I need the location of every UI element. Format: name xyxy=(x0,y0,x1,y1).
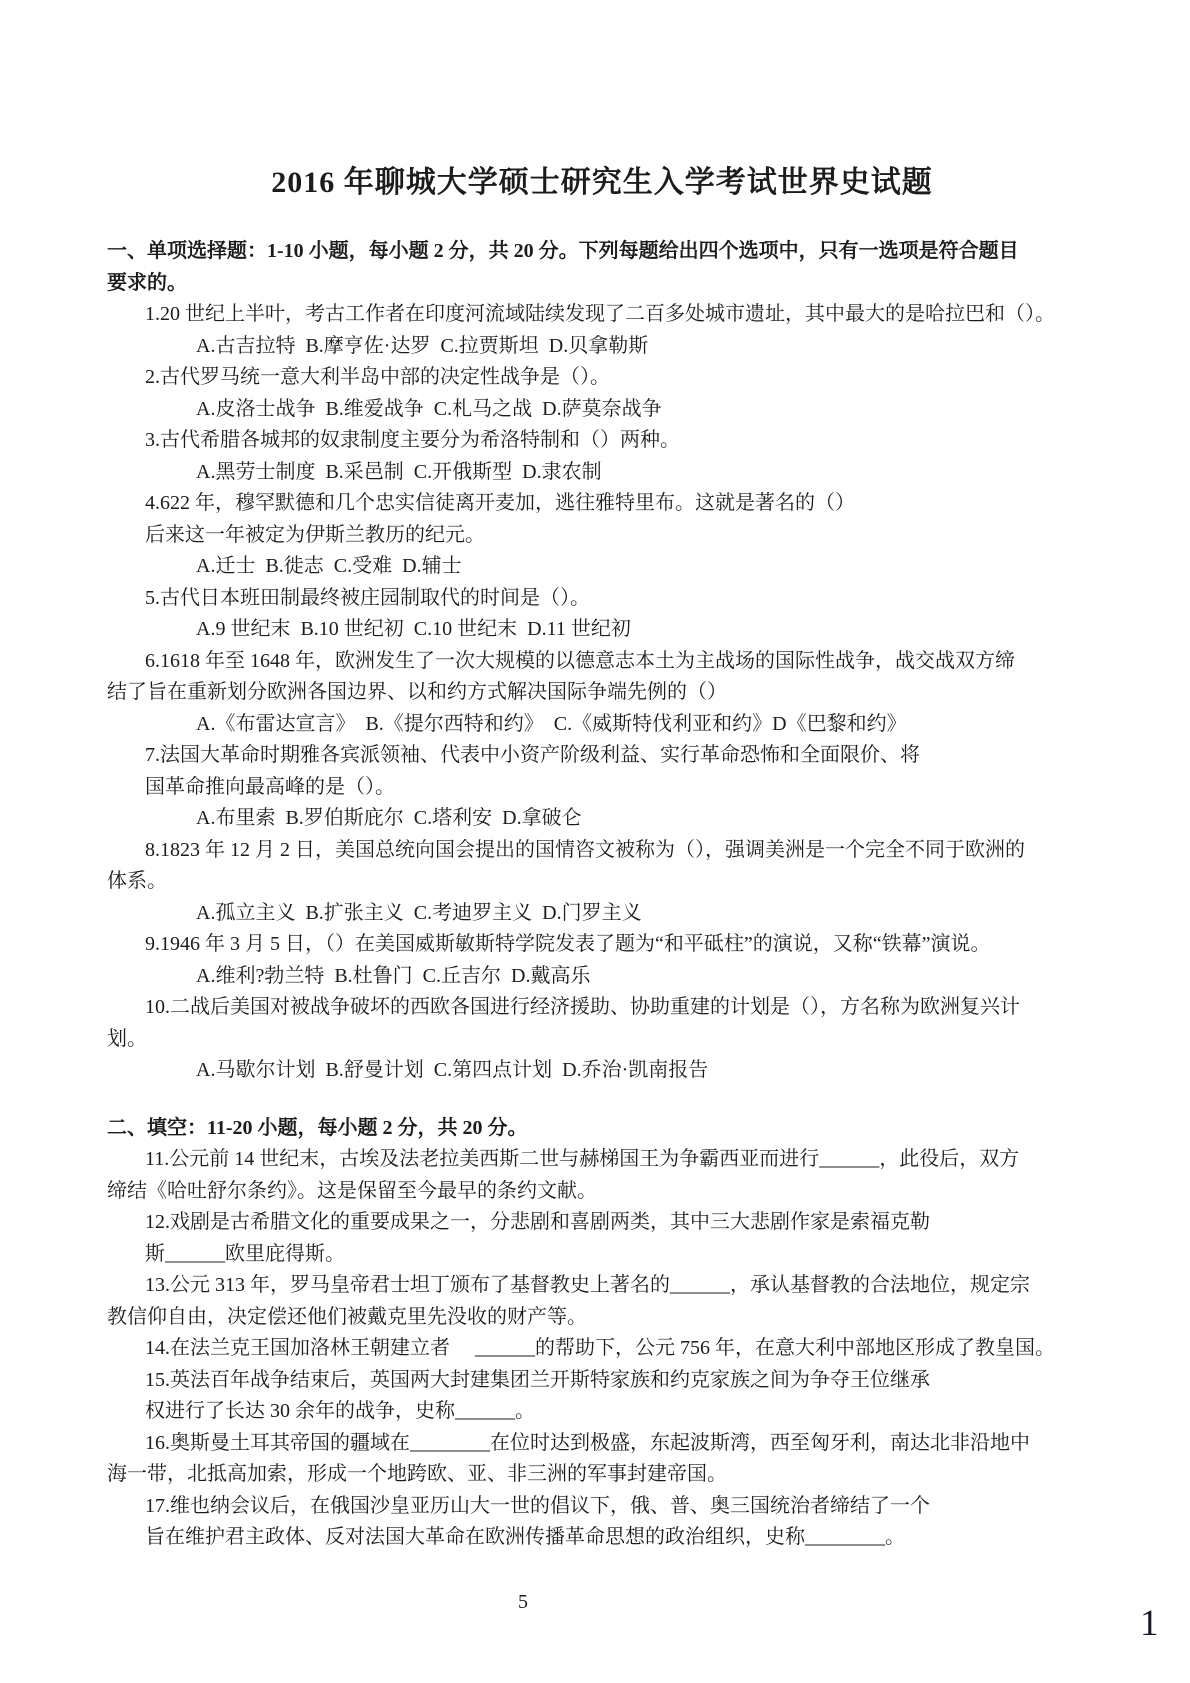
question-line: 斯______欧里庇得斯。 xyxy=(145,1239,1097,1271)
question-line: 13.公元 313 年，罗马皇帝君士坦丁颁布了基督教史上著名的______，承认… xyxy=(145,1270,1097,1302)
question-line: 结了旨在重新划分欧洲各国边界、以和约方式解决国际争端先例的（） xyxy=(107,677,1097,709)
question-line: 3.古代希腊各城邦的奴隶制度主要分为希洛特制和（）两种。 xyxy=(145,425,1097,457)
page-title: 2016 年聊城大学硕士研究生入学考试世界史试题 xyxy=(107,162,1097,204)
question-line: 17.维也纳会议后，在俄国沙皇亚历山大一世的倡议下，俄、普、奥三国统治者缔结了一… xyxy=(145,1491,1097,1523)
question-line: 12.戏剧是古希腊文化的重要成果之一，分悲剧和喜剧两类，其中三大悲剧作家是索福克… xyxy=(145,1207,1097,1239)
section-2: 二、填空：11-20 小题，每小题 2 分，共 20 分。11.公元前 14 世… xyxy=(107,1113,1097,1554)
question-line: 7.法国大革命时期雅各宾派领袖、代表中小资产阶级利益、实行革命恐怖和全面限价、将 xyxy=(145,740,1097,772)
section-1: 一、单项选择题：1-10 小题，每小题 2 分，共 20 分。下列每题给出四个选… xyxy=(107,236,1097,1087)
option-line: A.迁士 B.徙志 C.受难 D.辅士 xyxy=(196,551,1097,583)
section-heading-line: 要求的。 xyxy=(107,268,1097,300)
option-line: A.维利?勃兰特 B.杜鲁门 C.丘吉尔 D.戴高乐 xyxy=(196,961,1097,993)
question-line: 6.1618 年至 1648 年，欧洲发生了一次大规模的以德意志本土为主战场的国… xyxy=(145,646,1097,678)
corner-page-number: 1 xyxy=(1140,1604,1159,1644)
question-line: 海一带，北抵高加索，形成一个地跨欧、亚、非三洲的军事封建帝国。 xyxy=(107,1459,1097,1491)
option-line: A.黑劳士制度 B.采邑制 C.开俄斯型 D.隶农制 xyxy=(196,457,1097,489)
exam-page: 2016 年聊城大学硕士研究生入学考试世界史试题 一、单项选择题：1-10 小题… xyxy=(0,0,1190,1683)
question-line: 16.奥斯曼土耳其帝国的疆域在________在位时达到极盛，东起波斯湾，西至匈… xyxy=(145,1428,1097,1460)
question-line: 2.古代罗马统一意大利半岛中部的决定性战争是（）。 xyxy=(145,362,1097,394)
question-line: 15.英法百年战争结束后，英国两大封建集团兰开斯特家族和约克家族之间为争夺王位继… xyxy=(145,1365,1097,1397)
option-line: A.马歇尔计划 B.舒曼计划 C.第四点计划 D.乔治·凯南报告 xyxy=(196,1055,1097,1087)
option-line: A.布里索 B.罗伯斯庇尔 C.塔利安 D.拿破仑 xyxy=(196,803,1097,835)
question-line: 8.1823 年 12 月 2 日，美国总统向国会提出的国情咨文被称为（），强调… xyxy=(145,835,1097,867)
question-line: 10.二战后美国对被战争破坏的西欧各国进行经济援助、协助重建的计划是（），方名称… xyxy=(145,992,1097,1024)
question-line: 后来这一年被定为伊斯兰教历的纪元。 xyxy=(145,520,1097,552)
question-line: 教信仰自由，决定偿还他们被戴克里先没收的财产等。 xyxy=(107,1302,1097,1334)
option-line: A.古吉拉特 B.摩亨佐·达罗 C.拉贾斯坦 D.贝拿勒斯 xyxy=(196,331,1097,363)
option-line: A.《布雷达宣言》 B.《提尔西特和约》 C.《威斯特伐利亚和约》D《巴黎和约》 xyxy=(196,709,1097,741)
option-line: A.9 世纪末 B.10 世纪初 C.10 世纪末 D.11 世纪初 xyxy=(196,614,1097,646)
option-line: A.皮洛士战争 B.维爱战争 C.札马之战 D.萨莫奈战争 xyxy=(196,394,1097,426)
question-line: 4.622 年，穆罕默德和几个忠实信徒离开麦加，逃往雅特里布。这就是著名的（） xyxy=(145,488,1097,520)
question-line: 国革命推向最高峰的是（）。 xyxy=(145,772,1097,804)
question-line: 缔结《哈吐舒尔条约》。这是保留至今最早的条约文献。 xyxy=(107,1176,1097,1208)
question-line: 划。 xyxy=(107,1024,1097,1056)
exam-body: 一、单项选择题：1-10 小题，每小题 2 分，共 20 分。下列每题给出四个选… xyxy=(107,236,1097,1554)
footer-page-number: 5 xyxy=(518,1590,528,1614)
question-line: 9.1946 年 3 月 5 日，（）在美国威斯敏斯特学院发表了题为“和平砥柱”… xyxy=(145,929,1097,961)
question-line: 体系。 xyxy=(107,866,1097,898)
question-line: 旨在维护君主政体、反对法国大革命在欧洲传播革命思想的政治组织，史称_______… xyxy=(145,1522,1097,1554)
section-heading-line: 一、单项选择题：1-10 小题，每小题 2 分，共 20 分。下列每题给出四个选… xyxy=(107,236,1097,268)
exam-content: 2016 年聊城大学硕士研究生入学考试世界史试题 一、单项选择题：1-10 小题… xyxy=(107,162,1097,1554)
question-line: 5.古代日本班田制最终被庄园制取代的时间是（）。 xyxy=(145,583,1097,615)
option-line: A.孤立主义 B.扩张主义 C.考迪罗主义 D.门罗主义 xyxy=(196,898,1097,930)
question-line: 14.在法兰克王国加洛林王朝建立者 ______的帮助下，公元 756 年，在意… xyxy=(145,1333,1097,1365)
question-line: 1.20 世纪上半叶，考古工作者在印度河流域陆续发现了二百多处城市遗址，其中最大… xyxy=(145,299,1097,331)
question-line: 11.公元前 14 世纪末，古埃及法老拉美西斯二世与赫梯国王为争霸西亚而进行__… xyxy=(145,1144,1097,1176)
section-heading-line: 二、填空：11-20 小题，每小题 2 分，共 20 分。 xyxy=(107,1113,1097,1145)
question-line: 权进行了长达 30 余年的战争，史称______。 xyxy=(145,1396,1097,1428)
